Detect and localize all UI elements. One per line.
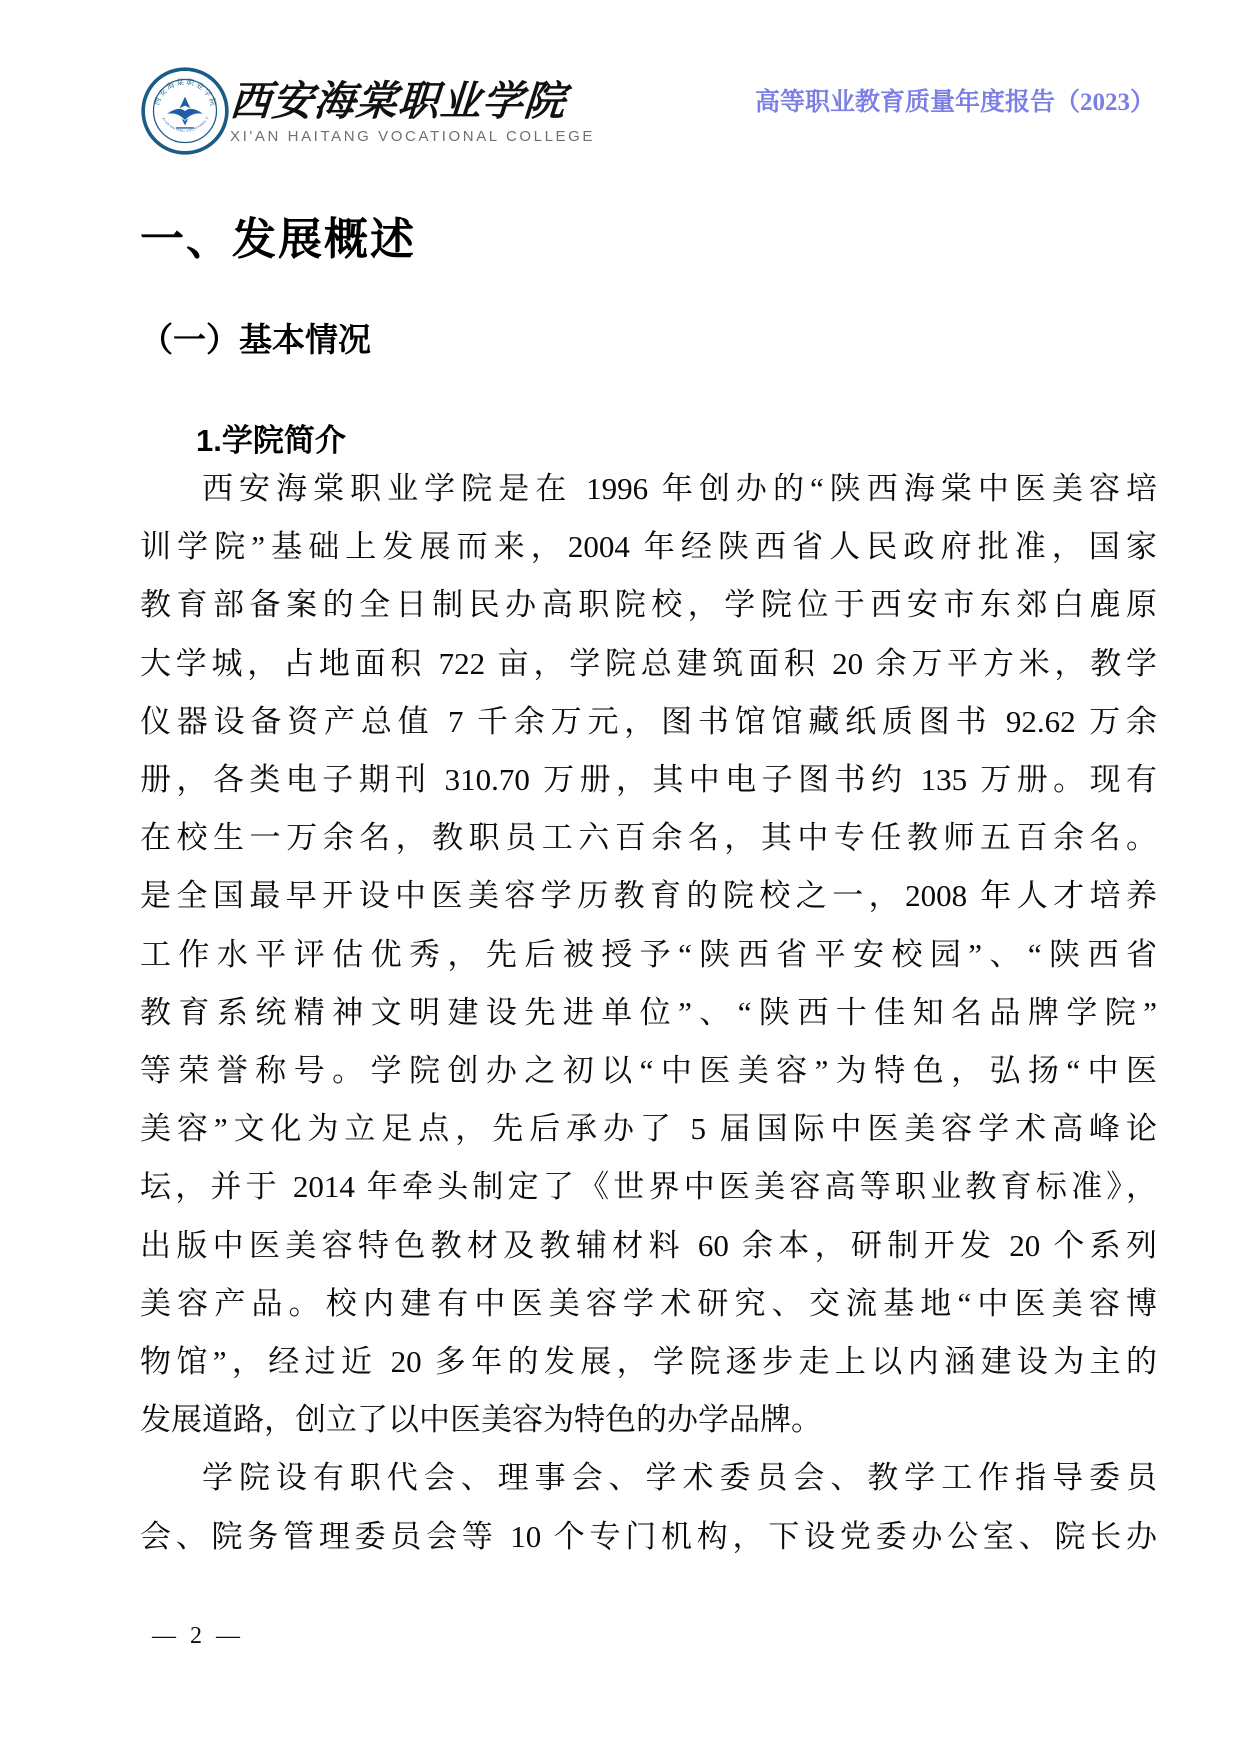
body-line: 学院设有职代会、理事会、学术委员会、教学工作指导委员 [140, 1449, 1157, 1507]
body-line: 坛，并于 2014 年牵头制定了《世界中医美容高等职业教育标准》， [140, 1158, 1157, 1216]
body-line: 大学城，占地面积 722 亩，学院总建筑面积 20 余万平方米，教学 [140, 635, 1157, 693]
body-line: 是全国最早开设中医美容学历教育的院校之一，2008 年人才培养 [140, 867, 1157, 925]
document-page: 西安海棠职业学院 XI'AN HAITANG VOCATIONAL COLLEG… [0, 0, 1240, 1754]
body-line: 物馆”，经过近 20 多年的发展，学院逐步走上以内涵建设为主的 [140, 1333, 1157, 1391]
body-line: 仪器设备资产总值 7 千余万元，图书馆馆藏纸质图书 92.62 万余 [140, 693, 1157, 751]
body-text: 西安海棠职业学院是在 1996 年创办的“陕西海棠中医美容培训学院”基础上发展而… [140, 460, 1157, 1566]
body-line: 工作水平评估优秀，先后被授予“陕西省平安校园”、“陕西省 [140, 926, 1157, 984]
page-number: — 2 — [152, 1623, 244, 1650]
body-line: 发展道路，创立了以中医美容为特色的办学品牌。 [140, 1391, 1157, 1449]
body-line: 美容”文化为立足点，先后承办了 5 届国际中医美容学术高峰论 [140, 1100, 1157, 1158]
seal-arc-bottom-text: XI'AN HAITANG VOCATIONAL COLLEGE [140, 66, 210, 133]
college-name-zh: 西安海棠职业学院 [228, 79, 596, 124]
body-line: 训学院”基础上发展而来，2004 年经陕西省人民政府批准，国家 [140, 518, 1157, 576]
body-line: 教育系统精神文明建设先进单位”、“陕西十佳知名品牌学院” [140, 984, 1157, 1042]
body-line: 西安海棠职业学院是在 1996 年创办的“陕西海棠中医美容培 [140, 460, 1157, 518]
college-name-en: XI'AN HAITANG VOCATIONAL COLLEGE [230, 128, 595, 145]
body-line: 美容产品。校内建有中医美容学术研究、交流基地“中医美容博 [140, 1275, 1157, 1333]
college-name-block: 西安海棠职业学院 XI'AN HAITANG VOCATIONAL COLLEG… [230, 77, 595, 145]
body-line: 等荣誉称号。学院创办之初以“中医美容”为特色，弘扬“中医 [140, 1042, 1157, 1100]
body-line: 册，各类电子期刊 310.70 万册，其中电子图书约 135 万册。现有 [140, 751, 1157, 809]
report-title: 高等职业教育质量年度报告（2023） [755, 82, 1155, 118]
college-seal-icon: 西安海棠职业学院 XI'AN HAITANG VOCATIONAL COLLEG… [140, 66, 230, 156]
page-header: 西安海棠职业学院 XI'AN HAITANG VOCATIONAL COLLEG… [140, 66, 1155, 156]
seal-emblem-icon [167, 97, 203, 129]
college-logo: 西安海棠职业学院 XI'AN HAITANG VOCATIONAL COLLEG… [140, 66, 595, 156]
body-line: 出版中医美容特色教材及教辅材料 60 余本，研制开发 20 个系列 [140, 1217, 1157, 1275]
body-line: 在校生一万余名，教职员工六百余名，其中专任教师五百余名。 [140, 809, 1157, 867]
section-heading-level1: 一、发展概述 [140, 203, 416, 267]
section-heading-level3: 1.学院简介 [196, 415, 346, 460]
svg-text:XI'AN HAITANG VOCATIONAL COLLE: XI'AN HAITANG VOCATIONAL COLLEGE [140, 66, 210, 133]
section-heading-level2: （一）基本情况 [140, 314, 371, 361]
body-line: 教育部备案的全日制民办高职院校，学院位于西安市东郊白鹿原 [140, 576, 1157, 634]
body-line: 会、院务管理委员会等 10 个专门机构，下设党委办公室、院长办 [140, 1508, 1157, 1566]
